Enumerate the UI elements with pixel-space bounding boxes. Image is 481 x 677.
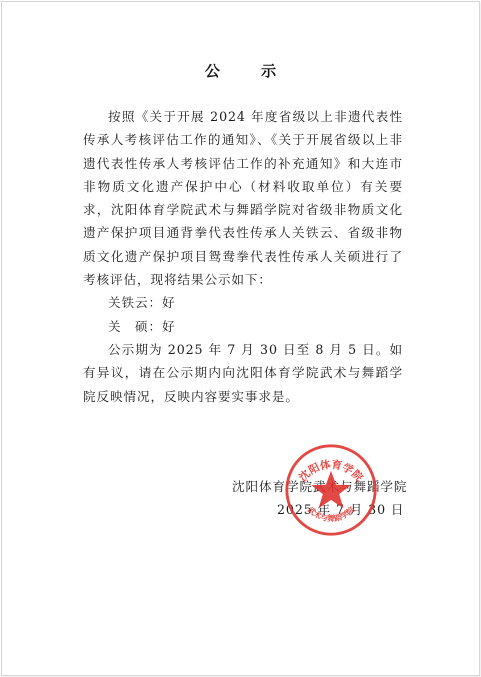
result-grade: 好 <box>162 295 176 310</box>
signature-date: 2025 年 7 月 30 日 <box>232 498 422 521</box>
result-separator: ： <box>148 319 162 334</box>
result-name: 关铁云 <box>108 295 148 310</box>
result-grade: 好 <box>162 319 176 334</box>
result-separator: ： <box>148 295 162 310</box>
result-row: 关铁云：好 <box>83 291 403 314</box>
result-row: 关 硕：好 <box>83 315 403 338</box>
signature-organization: 沈阳体育学院武术与舞蹈学院 <box>232 475 422 498</box>
document-page: 公 示 按照《关于开展 2024 年度省级以上非遗代表性传承人考核评估工作的通知… <box>1 1 480 676</box>
result-name: 关 硕 <box>108 319 148 334</box>
document-body: 按照《关于开展 2024 年度省级以上非遗代表性传承人考核评估工作的通知》、《关… <box>83 105 403 408</box>
signature-block: 沈阳体育学院武术与舞蹈学院 2025 年 7 月 30 日 <box>232 475 422 522</box>
page-title: 公 示 <box>2 60 479 81</box>
main-paragraph: 按照《关于开展 2024 年度省级以上非遗代表性传承人考核评估工作的通知》、《关… <box>83 105 403 291</box>
notice-paragraph: 公示期为 2025 年 7 月 30 日至 8 月 5 日。如有异议，请在公示期… <box>83 338 403 408</box>
